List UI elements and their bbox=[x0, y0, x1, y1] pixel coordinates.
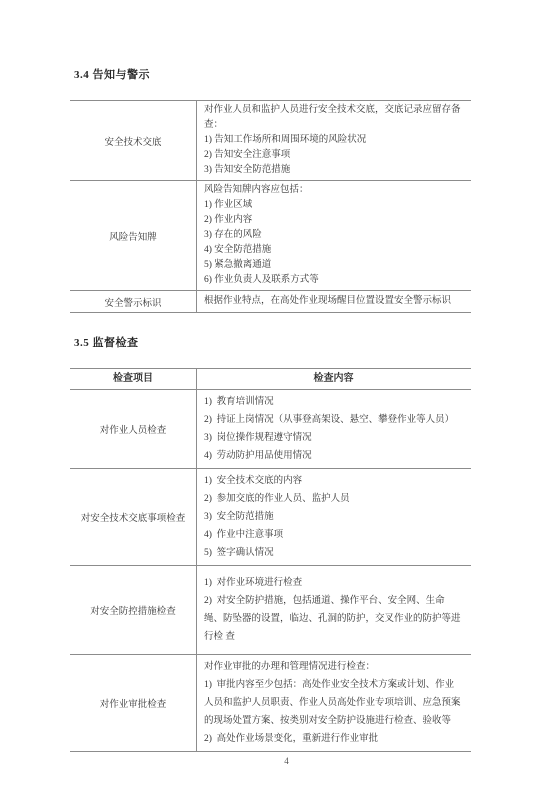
content-line: 5) 紧急撤离通道 bbox=[204, 258, 463, 273]
content-line: 2) 作业内容 bbox=[204, 213, 463, 228]
table-row: 对作业审批检查 对作业审批的办理和管理情况进行检查： 1) 审批内容至少包括：高… bbox=[70, 655, 471, 752]
notification-warning-table: 安全技术交底 对作业人员和监护人员进行安全技术交底，交底记录应留存备查： 1) … bbox=[70, 100, 471, 313]
page-number: 4 bbox=[70, 755, 487, 767]
row-label-cell: 对作业审批检查 bbox=[70, 655, 197, 751]
content-line: 1) 对作业环境进行检查 bbox=[204, 574, 463, 592]
supervision-inspection-table: 检查项目 检查内容 对作业人员检查 1) 教育培训情况 2) 持证上岗情况（从事… bbox=[70, 368, 471, 752]
row-content-cell: 风险告知牌内容应包括： 1) 作业区域 2) 作业内容 3) 存在的风险 4) … bbox=[197, 181, 471, 290]
row-label-cell: 安全技术交底 bbox=[70, 101, 197, 180]
table-row: 风险告知牌 风险告知牌内容应包括： 1) 作业区域 2) 作业内容 3) 存在的… bbox=[70, 181, 471, 291]
content-line: 3) 存在的风险 bbox=[204, 228, 463, 243]
content-line: 2) 高处作业场景变化，重新进行作业审批 bbox=[204, 730, 463, 748]
content-line: 3) 安全防范措施 bbox=[204, 508, 463, 526]
table-row: 对安全技术交底事项检查 1) 安全技术交底的内容 2) 参加交底的作业人员、监护… bbox=[70, 469, 471, 566]
content-line: 4) 安全防范措施 bbox=[204, 243, 463, 258]
page-content: 3.4 告知与警示 安全技术交底 对作业人员和监护人员进行安全技术交底，交底记录… bbox=[70, 68, 471, 767]
content-line: 对作业审批的办理和管理情况进行检查： bbox=[204, 658, 463, 676]
content-line: 风险告知牌内容应包括： bbox=[204, 183, 463, 198]
content-line: 2) 告知安全注意事项 bbox=[204, 148, 463, 163]
row-content-cell: 根据作业特点，在高处作业现场醒目位置设置安全警示标识 bbox=[197, 291, 471, 312]
content-line: 根据作业特点，在高处作业现场醒目位置设置安全警示标识 bbox=[204, 294, 463, 309]
section-heading-3-5: 3.5 监督检查 bbox=[74, 336, 471, 351]
column-header-inspection-item: 检查项目 bbox=[70, 369, 197, 389]
content-line: 1) 作业区域 bbox=[204, 198, 463, 213]
content-line: 2) 参加交底的作业人员、监护人员 bbox=[204, 490, 463, 508]
content-line: 1) 审批内容至少包括：高处作业安全技术方案或计划、作业人员和监护人员职责、作业… bbox=[204, 676, 463, 730]
row-content-cell: 对作业人员和监护人员进行安全技术交底，交底记录应留存备查： 1) 告知工作场所和… bbox=[197, 101, 471, 180]
content-line: 对作业人员和监护人员进行安全技术交底，交底记录应留存备查： bbox=[204, 103, 463, 133]
content-line: 1) 告知工作场所和周围环境的风险状况 bbox=[204, 133, 463, 148]
row-content-cell: 1) 对作业环境进行检查 2) 对安全防护措施，包括通道、操作平台、安全网、生命… bbox=[197, 566, 471, 654]
table-row: 对作业人员检查 1) 教育培训情况 2) 持证上岗情况（从事登高架设、悬空、攀登… bbox=[70, 390, 471, 469]
row-label-cell: 对作业人员检查 bbox=[70, 390, 197, 468]
content-line: 1) 教育培训情况 bbox=[204, 393, 463, 411]
content-line: 4) 劳动防护用品使用情况 bbox=[204, 447, 463, 465]
content-line: 5) 签字确认情况 bbox=[204, 544, 463, 562]
row-label-cell: 对安全技术交底事项检查 bbox=[70, 469, 197, 565]
section-heading-3-4: 3.4 告知与警示 bbox=[74, 68, 471, 83]
content-line: 3) 告知安全防范措施 bbox=[204, 163, 463, 178]
row-label-cell: 安全警示标识 bbox=[70, 291, 197, 312]
column-header-inspection-content: 检查内容 bbox=[197, 369, 471, 389]
table-row: 对安全防控措施检查 1) 对作业环境进行检查 2) 对安全防护措施，包括通道、操… bbox=[70, 566, 471, 655]
content-line: 4) 作业中注意事项 bbox=[204, 526, 463, 544]
table-header-row: 检查项目 检查内容 bbox=[70, 369, 471, 390]
content-line: 3) 岗位操作规程遵守情况 bbox=[204, 429, 463, 447]
row-content-cell: 1) 教育培训情况 2) 持证上岗情况（从事登高架设、悬空、攀登作业等人员） 3… bbox=[197, 390, 471, 468]
content-line: 2) 持证上岗情况（从事登高架设、悬空、攀登作业等人员） bbox=[204, 411, 463, 429]
row-content-cell: 对作业审批的办理和管理情况进行检查： 1) 审批内容至少包括：高处作业安全技术方… bbox=[197, 655, 471, 751]
content-line: 6) 作业负责人及联系方式等 bbox=[204, 273, 463, 288]
document-page: 3.4 告知与警示 安全技术交底 对作业人员和监护人员进行安全技术交底，交底记录… bbox=[0, 0, 560, 790]
table-row: 安全警示标识 根据作业特点，在高处作业现场醒目位置设置安全警示标识 bbox=[70, 291, 471, 313]
row-label-cell: 风险告知牌 bbox=[70, 181, 197, 290]
row-content-cell: 1) 安全技术交底的内容 2) 参加交底的作业人员、监护人员 3) 安全防范措施… bbox=[197, 469, 471, 565]
content-line: 1) 安全技术交底的内容 bbox=[204, 472, 463, 490]
row-label-cell: 对安全防控措施检查 bbox=[70, 566, 197, 654]
table-row: 安全技术交底 对作业人员和监护人员进行安全技术交底，交底记录应留存备查： 1) … bbox=[70, 101, 471, 181]
content-line: 2) 对安全防护措施，包括通道、操作平台、安全网、生命绳、防坠器的设置，临边、孔… bbox=[204, 592, 463, 646]
